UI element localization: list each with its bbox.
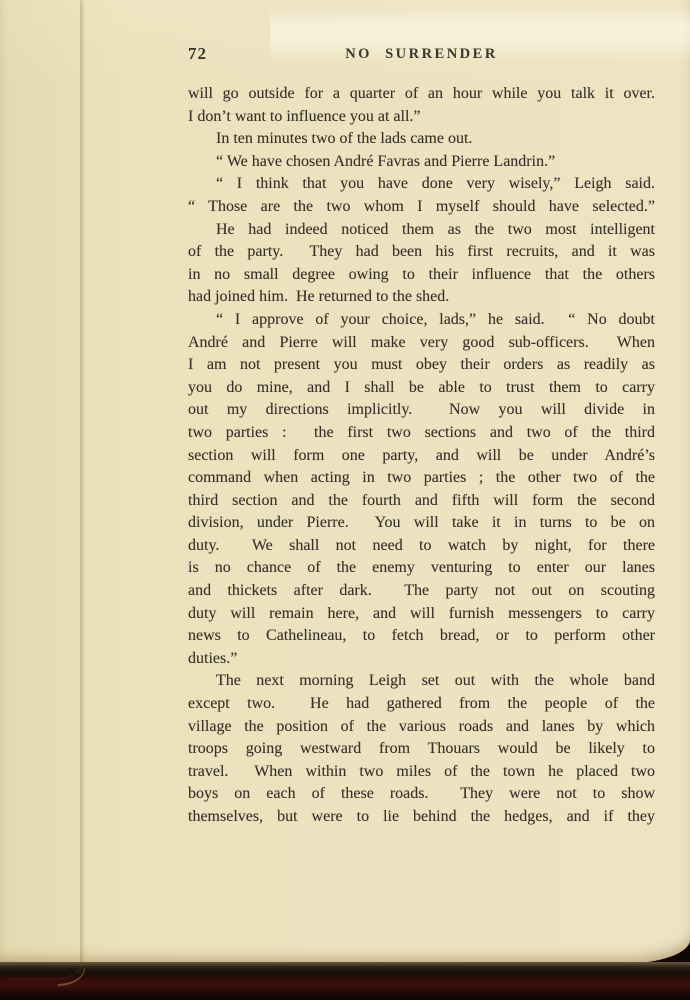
- text-line: “ Those are the two whom I myself should…: [188, 196, 655, 219]
- text-line: you do mine, and I shall be able to trus…: [188, 377, 655, 400]
- text-line: two parties : the first two sections and…: [188, 422, 655, 445]
- text-line: except two. He had gathered from the peo…: [188, 693, 655, 716]
- text-line: will go outside for a quarter of an hour…: [188, 83, 655, 106]
- text-line: travel. When within two miles of the tow…: [188, 761, 655, 784]
- text-line: out my directions implicitly. Now you wi…: [188, 399, 655, 422]
- text-line: troops going westward from Thouars would…: [188, 738, 655, 761]
- text-line: is no chance of the enemy venturing to e…: [188, 557, 655, 580]
- text-line: In ten minutes two of the lads came out.: [188, 128, 655, 151]
- text-line: section will form one party, and will be…: [188, 445, 655, 468]
- text-line: He had indeed noticed them as the two mo…: [188, 219, 655, 242]
- text-line: division, under Pierre. You will take it…: [188, 512, 655, 535]
- text-line: third section and the fourth and fifth w…: [188, 490, 655, 513]
- text-line: André and Pierre will make very good sub…: [188, 332, 655, 355]
- text-line: command when acting in two parties ; the…: [188, 467, 655, 490]
- page-edges-binding: [0, 0, 80, 978]
- text-line: news to Cathelineau, to fetch bread, or …: [188, 625, 655, 648]
- text-line: village the position of the various road…: [188, 716, 655, 739]
- text-line: and thickets after dark. The party not o…: [188, 580, 655, 603]
- text-line: duties.”: [188, 648, 655, 671]
- text-line: “ I think that you have done very wisely…: [188, 173, 655, 196]
- text-line: The next morning Leigh set out with the …: [188, 670, 655, 693]
- text-line: I don’t want to influence you at all.”: [188, 106, 655, 129]
- text-line: I am not present you must obey their ord…: [188, 354, 655, 377]
- text-line: duty. We shall not need to watch by nigh…: [188, 535, 655, 558]
- text-line: “ We have chosen André Favras and Pierre…: [188, 151, 655, 174]
- text-line: in no small degree owing to their influe…: [188, 264, 655, 287]
- page-text-block: will go outside for a quarter of an hour…: [188, 83, 655, 829]
- text-line: “ I approve of your choice, lads,” he sa…: [188, 309, 655, 332]
- running-title: NO SURRENDER: [188, 46, 655, 63]
- text-line: duty will remain here, and will furnish …: [188, 603, 655, 626]
- text-line: had joined him. He returned to the shed.: [188, 286, 655, 309]
- text-line: of the party. They had been his first re…: [188, 241, 655, 264]
- book-cover-edge: [0, 962, 690, 1000]
- text-line: themselves, but were to lie behind the h…: [188, 806, 655, 829]
- book-page: 72 NO SURRENDER will go outside for a qu…: [0, 0, 690, 964]
- book-scan: 72 NO SURRENDER will go outside for a qu…: [0, 0, 690, 1000]
- text-line: boys on each of these roads. They were n…: [188, 783, 655, 806]
- running-head: 72 NO SURRENDER: [188, 44, 655, 66]
